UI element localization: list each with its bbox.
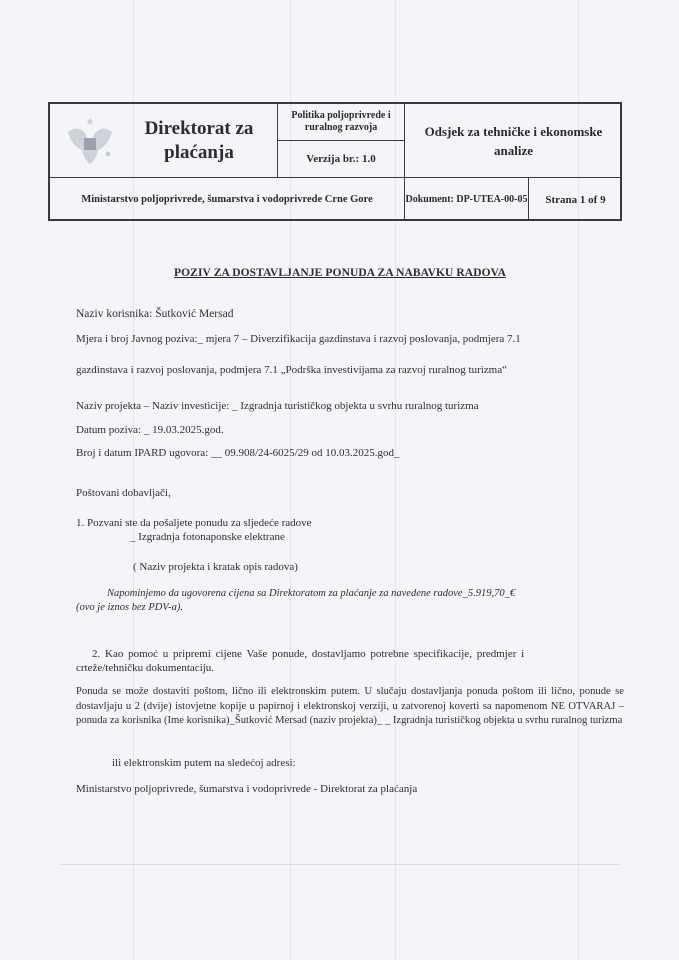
document-title: POZIV ZA DOSTAVLJANJE PONUDA ZA NABAVKU … xyxy=(174,267,506,279)
measure-field-line2: gazdinstava i razvoj poslovanja, podmjer… xyxy=(76,364,507,376)
electronic-delivery-text: ili elektronskim putem na sledećoj adres… xyxy=(112,757,296,769)
policy-cell: Politika poljoprivrede i ruralnog razvoj… xyxy=(278,104,405,141)
item2-line1: 2. Kao pomoć u pripremi cijene Vaše ponu… xyxy=(92,648,524,660)
document-id-cell: Dokument: DP-UTEA-00-05 xyxy=(405,178,529,221)
ipard-contract-field: Broj i datum IPARD ugovora: __ 09.908/24… xyxy=(76,447,399,459)
call-date-field: Datum poziva: _ 19.03.2025.god. xyxy=(76,424,224,436)
department-cell: Odsjek za tehničke i ekonomske analize xyxy=(405,104,622,178)
item1-text: 1. Pozvani ste da pošaljete ponudu za sl… xyxy=(76,517,312,529)
page-number-cell: Strana 1 of 9 xyxy=(529,178,622,221)
price-note-line2: (ovo je iznos bez PDV-a). xyxy=(76,602,183,613)
ministry-cell: Ministarstvo poljoprivrede, šumarstva i … xyxy=(50,178,405,221)
document-page: Direktorat za plaćanja Politika poljopri… xyxy=(0,0,679,960)
delivery-address: Ministarstvo poljoprivrede, šumarstva i … xyxy=(76,783,417,795)
project-name-field: Naziv projekta – Naziv investicije: _ Iz… xyxy=(76,400,479,412)
price-note-line1: Napominjemo da ugovorena cijena sa Direk… xyxy=(107,588,515,599)
item1-works: _ Izgradnja fotonaponske elektrane xyxy=(130,531,285,543)
header-logo-cell: Direktorat za plaćanja xyxy=(50,104,278,178)
coat-of-arms-icon xyxy=(64,114,116,170)
measure-field-line1: Mjera i broj Javnog poziva:_ mjera 7 – D… xyxy=(76,333,521,345)
version-cell: Verzija br.: 1.0 xyxy=(278,141,405,178)
user-name-field: Naziv korisnika: Šutković Mersad xyxy=(76,308,233,320)
faint-scan-artifact xyxy=(60,864,620,865)
item2-line2: crteže/tehničku dokumentaciju. xyxy=(76,662,214,674)
document-header-table: Direktorat za plaćanja Politika poljopri… xyxy=(48,102,622,221)
org-title: Direktorat za plaćanja xyxy=(120,104,278,178)
greeting: Poštovani dobavljači, xyxy=(76,487,171,499)
item1-caption: ( Naziv projekta i kratak opis radova) xyxy=(133,561,298,573)
delivery-paragraph: Ponuda se može dostaviti poštom, lično i… xyxy=(76,685,624,729)
